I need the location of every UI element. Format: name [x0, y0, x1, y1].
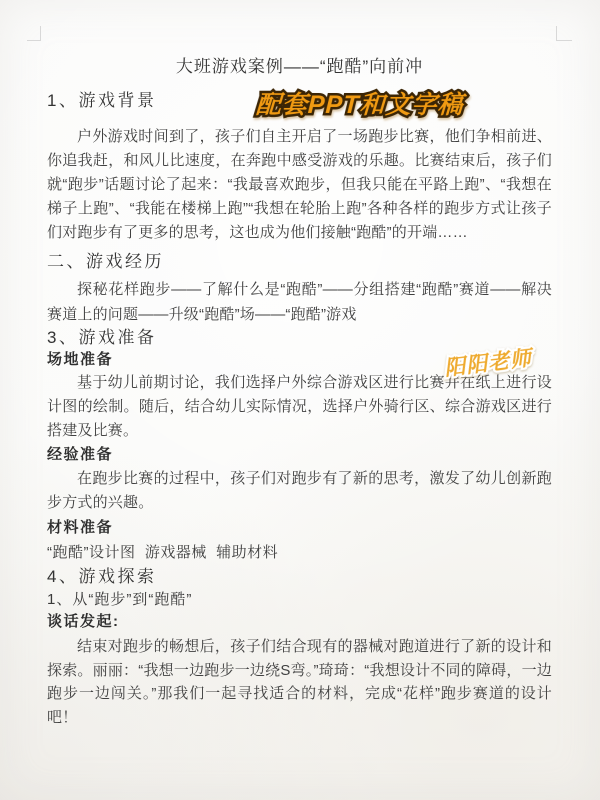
- heading-game-exploration: 4、游戏探索: [47, 566, 552, 588]
- subheading-run-to-parkour: 1、从“跑步”到“跑酷”: [47, 590, 552, 610]
- page-margin-mark-right: [556, 26, 572, 41]
- paragraph-talk-initiation: 结束对跑步的畅想后，孩子们结合现有的器械对跑道进行了新的设计和探索。丽丽：“我想…: [47, 635, 552, 729]
- subheading-experience-preparation: 经验准备: [47, 445, 552, 465]
- ppt-badge-text: 配套PPT和文字稿: [255, 91, 464, 119]
- ppt-badge: 配套PPT和文字稿 配套PPT和文字稿: [255, 85, 465, 121]
- document-title: 大班游戏案例——“跑酷”向前冲: [47, 54, 552, 80]
- paragraph-material-list: “跑酷”设计图 游戏器械 辅助材料: [47, 542, 552, 563]
- heading-game-experience: 二、游戏经历: [47, 251, 552, 273]
- page-margin-mark-left: [27, 26, 41, 41]
- heading-game-preparation: 3、游戏准备: [47, 327, 552, 349]
- paragraph-site-preparation: 基于幼儿前期讨论，我们选择户外综合游戏区进行比赛并在纸上进行设计图的绘制。随后，…: [47, 371, 552, 443]
- subheading-talk-initiation: 谈话发起:: [47, 612, 552, 632]
- paragraph-game-experience: 探秘花样跑步——了解什么是“跑酷”——分组搭建“跑酷”赛道——解决赛道上的问题—…: [47, 278, 552, 327]
- paragraph-experience-preparation: 在跑步比赛的过程中，孩子们对跑步有了新的思考，激发了幼儿创新跑步方式的兴趣。: [47, 467, 552, 515]
- document-body: 大班游戏案例——“跑酷”向前冲 1、游戏背景 户外游戏时间到了，孩子们自主开启了…: [47, 42, 552, 729]
- subheading-material-preparation: 材料准备: [47, 518, 552, 538]
- paragraph-game-background: 户外游戏时间到了，孩子们自主开启了一场跑步比赛，他们争相前进、你追我赶，和风儿比…: [47, 125, 552, 245]
- document-page: 配套PPT和文字稿 配套PPT和文字稿 阳阳老师 阳阳老师 大班游戏案例——“跑…: [0, 0, 600, 800]
